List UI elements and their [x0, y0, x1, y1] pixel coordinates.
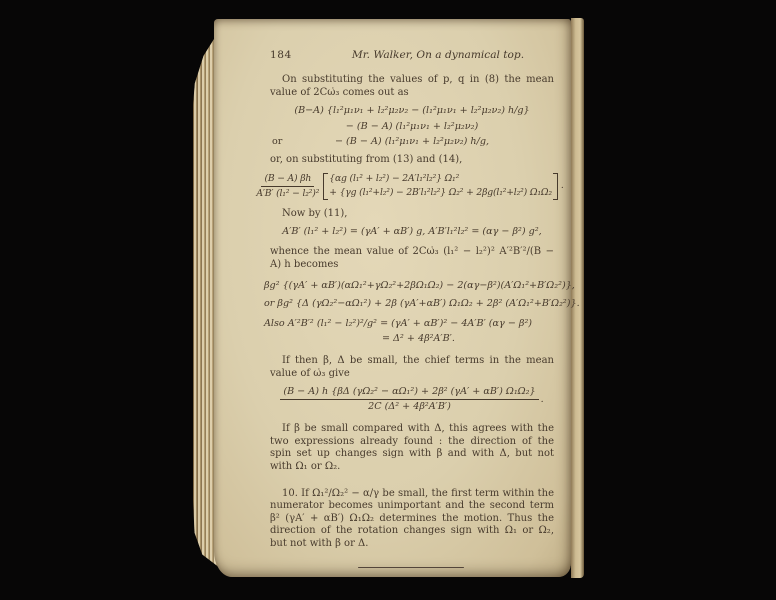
equation-period: .	[541, 394, 544, 406]
equation-line-3: or − (B − A) (l₁²μ₁ν₁ + l₂²μ₂ν₂) h/g,	[264, 136, 560, 148]
equation-line-2: − (B − A) (l₁²μ₁ν₁ + l₂²μ₂ν₂)	[264, 121, 560, 133]
equation-line-3-text: − (B − A) (l₁²μ₁ν₁ + l₂²μ₂ν₂) h/g,	[335, 136, 489, 147]
equation-roots: A′B′ (l₁² + l₂²) = (γA′ + αB′) g, A′B′l₁…	[264, 226, 560, 238]
section-divider-rule	[358, 567, 464, 568]
page-header: 184 Mr. Walker, On a dynamical top.	[270, 49, 554, 62]
para-substituting: On substituting the values of p, q in (8…	[270, 74, 554, 99]
equation-beta-g-2: or βg² {Δ (γΩ₂²−αΩ₁²) + 2β (γA′+αB′) Ω₁Ω…	[264, 298, 560, 310]
equation-line-1: (B−A) {l₁²μ₁ν₁ + l₂²μ₂ν₂ − (l₁²μ₁ν₁ + l₂…	[264, 105, 560, 117]
left-bracket	[323, 173, 328, 200]
para-now-by: Now by (11),	[270, 208, 554, 221]
book: 184 Mr. Walker, On a dynamical top. On s…	[193, 13, 584, 587]
equation-chief-terms: (B − A) h {βΔ (γΩ₂² − αΩ₁²) + 2β² (γA′ +…	[264, 386, 560, 413]
page-number: 184	[270, 49, 326, 62]
bracket-rows: {αg (l₁² + l₂²) − 2A′l₁²l₂²} Ω₁² + {γg (…	[329, 173, 552, 199]
fraction: (B − A) βh A′B′ (l₁² − l₂²)²	[256, 173, 319, 200]
equation-mean-value: (B−A) {l₁²μ₁ν₁ + l₂²μ₂ν₂ − (l₁²μ₁ν₁ + l₂…	[264, 105, 560, 148]
book-page: 184 Mr. Walker, On a dynamical top. On s…	[214, 19, 571, 577]
fraction-numerator: (B − A) βh	[261, 173, 314, 187]
equation-also-line-2: = Δ² + 4β²A′B′.	[264, 333, 560, 345]
equation-beta-g-1: βg² {(γA′ + αB′)(αΩ₁²+γΩ₂²+2βΩ₁Ω₂) − 2(α…	[264, 280, 560, 292]
para-whence: whence the mean value of 2Cω̇₃ (l₁² − l₂…	[270, 246, 554, 271]
photo-background: 184 Mr. Walker, On a dynamical top. On s…	[0, 0, 776, 600]
running-title: Mr. Walker, On a dynamical top.	[326, 49, 554, 62]
right-bracket	[553, 173, 558, 200]
fraction-denominator: A′B′ (l₁² − l₂²)²	[256, 187, 319, 200]
equation-bracketed: (B − A) βh A′B′ (l₁² − l₂²)² {αg (l₁² + …	[254, 173, 566, 200]
para-or-substituting: or, on substituting from (13) and (14),	[270, 154, 554, 167]
para-if-then: If then β, Δ be small, the chief terms i…	[270, 355, 554, 380]
equation-beta-g2-line: or βg² {Δ (γΩ₂²−αΩ₁²) + 2β (γA′+αB′) Ω₁Ω…	[264, 298, 560, 310]
equation-roots-line: A′B′ (l₁² + l₂²) = (γA′ + αB′) g, A′B′l₁…	[264, 226, 560, 238]
equation-beta-g1-line: βg² {(γA′ + αB′)(αΩ₁²+γΩ₂²+2βΩ₁Ω₂) − 2(α…	[264, 280, 560, 292]
equation-also: Also A′²B′² (l₁² − l₂²)²/g² = (γA′ + αB′…	[264, 318, 560, 346]
page-content: 184 Mr. Walker, On a dynamical top. On s…	[270, 19, 554, 568]
equation-period: .	[561, 180, 564, 192]
fraction: (B − A) h {βΔ (γΩ₂² − αΩ₁²) + 2β² (γA′ +…	[280, 386, 538, 413]
para-section-10: 10. If Ω₁²/Ω₂² − α/γ be small, the first…	[270, 488, 554, 551]
or-label: or	[272, 136, 282, 148]
fraction-numerator: (B − A) h {βΔ (γΩ₂² − αΩ₁²) + 2β² (γA′ +…	[280, 386, 538, 400]
bracket-row-1: {αg (l₁² + l₂²) − 2A′l₁²l₂²} Ω₁²	[329, 173, 459, 185]
fraction-denominator: 2C (Δ² + 4β²A′B′)	[368, 400, 451, 413]
para-if-beta: If β be small compared with Δ, this agre…	[270, 423, 554, 473]
equation-also-line-1: Also A′²B′² (l₁² − l₂²)²/g² = (γA′ + αB′…	[264, 318, 560, 330]
bracket-row-2: + {γg (l₁²+l₂²) − 2B′l₁²l₂²} Ω₂² + 2βg(l…	[329, 187, 552, 199]
